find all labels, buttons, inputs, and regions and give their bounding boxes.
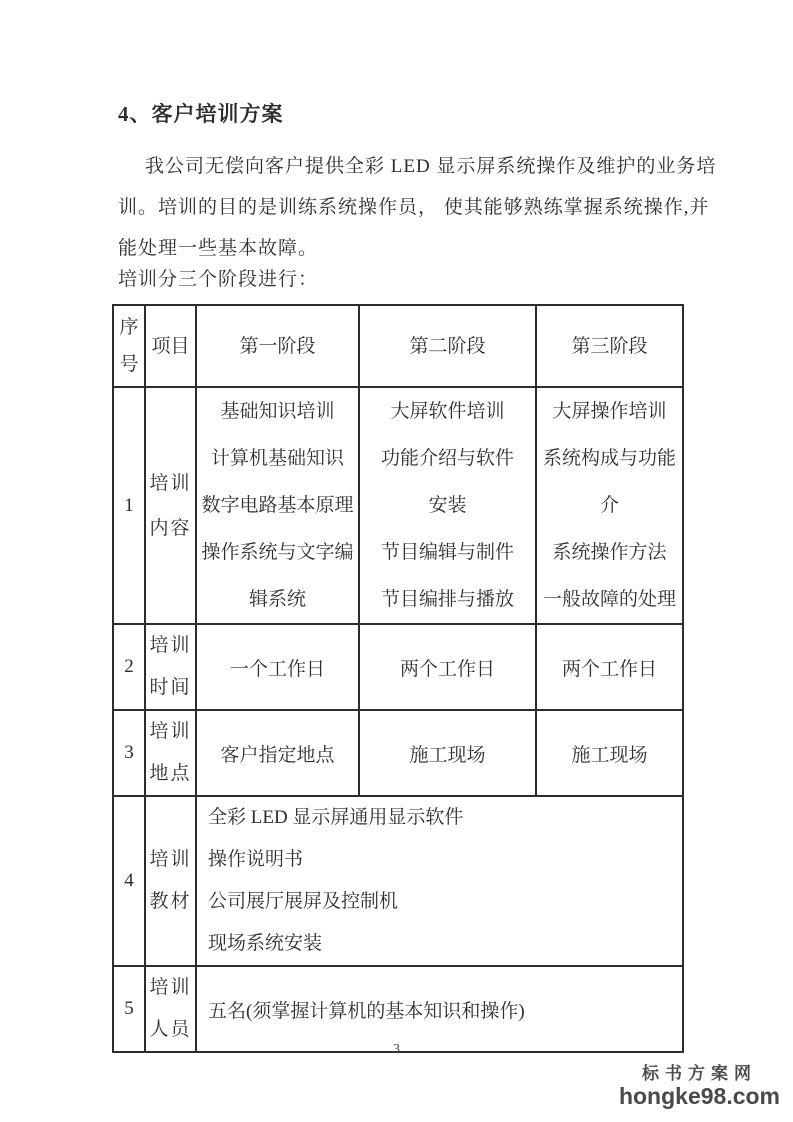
cell-stage3: 施工现场 — [536, 710, 683, 796]
cell-line: 节目编辑与制件 — [360, 529, 535, 576]
table-header-row: 序号 项目 第一阶段 第二阶段 第三阶段 — [113, 305, 683, 387]
cell-line: 全彩 LED 显示屏通用显示软件 — [208, 797, 682, 839]
cell-stage1: 基础知识培训 计算机基础知识 数字电路基本原理 操作系统与文字编 辑系统 — [196, 387, 359, 624]
header-item: 项目 — [145, 305, 196, 387]
cell-stage3: 两个工作日 — [536, 624, 683, 710]
page-number: 3 — [0, 1042, 793, 1058]
cell-stage1: 客户指定地点 — [196, 710, 359, 796]
cell-line: 系统操作方法 — [537, 529, 682, 576]
table-intro: 培训分三个阶段进行： — [118, 264, 318, 291]
training-table: 序号 项目 第一阶段 第二阶段 第三阶段 1 培训内容 基础知识培训 计算机基础… — [112, 304, 684, 1053]
cell-line: 计算机基础知识 — [197, 435, 358, 482]
cell-line: 节目编排与播放 — [360, 576, 535, 623]
cell-stage2: 两个工作日 — [359, 624, 536, 710]
cell-stage2: 大屏软件培训 功能介绍与软件 安装 节目编辑与制件 节目编排与播放 — [359, 387, 536, 624]
watermark-site-url: hongke98.com — [619, 1084, 780, 1108]
cell-line: 介 — [537, 482, 682, 529]
cell-line: 操作说明书 — [208, 839, 682, 881]
cell-line: 大屏软件培训 — [360, 388, 535, 435]
cell-item: 培训教材 — [145, 796, 196, 966]
cell-item: 培训地点 — [145, 710, 196, 796]
cell-seq: 1 — [113, 387, 145, 624]
cell-merged-staff: 五名(须掌握计算机的基本知识和操作) — [196, 966, 683, 1052]
cell-seq: 2 — [113, 624, 145, 710]
cell-line: 系统构成与功能 — [537, 435, 682, 482]
cell-item: 培训人员 — [145, 966, 196, 1052]
cell-seq: 3 — [113, 710, 145, 796]
watermark: 标书方案网 hongke98.com — [619, 1064, 780, 1108]
paragraph-line: 训。培训的目的是训练系统操作员， 使其能够熟练掌握系统操作,并 — [118, 187, 718, 228]
cell-line: 公司展厅展屏及控制机 — [208, 881, 682, 923]
section-title: 4、客户培训方案 — [118, 98, 284, 128]
cell-stage1: 一个工作日 — [196, 624, 359, 710]
cell-merged-materials: 全彩 LED 显示屏通用显示软件 操作说明书 公司展厅展屏及控制机 现场系统安装 — [196, 796, 683, 966]
cell-line: 功能介绍与软件 — [360, 435, 535, 482]
header-stage1: 第一阶段 — [196, 305, 359, 387]
intro-paragraph: 我公司无偿向客户提供全彩 LED 显示屏系统操作及维护的业务培 训。培训的目的是… — [118, 146, 718, 269]
cell-line: 安装 — [360, 482, 535, 529]
paragraph-line: 我公司无偿向客户提供全彩 LED 显示屏系统操作及维护的业务培 — [118, 146, 718, 187]
watermark-site-name: 标书方案网 — [619, 1064, 780, 1084]
cell-seq: 4 — [113, 796, 145, 966]
cell-line: 操作系统与文字编 — [197, 529, 358, 576]
document-page: 4、客户培训方案 我公司无偿向客户提供全彩 LED 显示屏系统操作及维护的业务培… — [0, 0, 793, 1122]
table-row-training-place: 3 培训地点 客户指定地点 施工现场 施工现场 — [113, 710, 683, 796]
table-row-training-content: 1 培训内容 基础知识培训 计算机基础知识 数字电路基本原理 操作系统与文字编 … — [113, 387, 683, 624]
cell-item: 培训时间 — [145, 624, 196, 710]
cell-item: 培训内容 — [145, 387, 196, 624]
table-row-training-material: 4 培训教材 全彩 LED 显示屏通用显示软件 操作说明书 公司展厅展屏及控制机… — [113, 796, 683, 966]
header-seq: 序号 — [113, 305, 145, 387]
cell-line: 辑系统 — [197, 576, 358, 623]
cell-stage3: 大屏操作培训 系统构成与功能 介 系统操作方法 一般故障的处理 — [536, 387, 683, 624]
cell-line: 大屏操作培训 — [537, 388, 682, 435]
cell-line: 基础知识培训 — [197, 388, 358, 435]
cell-stage2: 施工现场 — [359, 710, 536, 796]
header-stage3: 第三阶段 — [536, 305, 683, 387]
cell-line: 数字电路基本原理 — [197, 482, 358, 529]
cell-seq: 5 — [113, 966, 145, 1052]
header-stage2: 第二阶段 — [359, 305, 536, 387]
paragraph-line: 能处理一些基本故障。 — [118, 228, 718, 269]
cell-line: 现场系统安装 — [208, 923, 682, 965]
table-row-training-time: 2 培训时间 一个工作日 两个工作日 两个工作日 — [113, 624, 683, 710]
cell-line: 一般故障的处理 — [537, 576, 682, 623]
table-row-training-staff: 5 培训人员 五名(须掌握计算机的基本知识和操作) — [113, 966, 683, 1052]
